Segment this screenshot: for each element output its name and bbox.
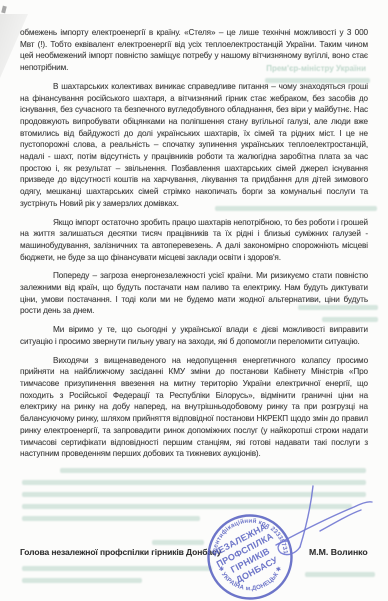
handwritten-signature [0, 0, 388, 601]
letter-page: Прем'єр-міністру України обмежень імпорт… [0, 0, 388, 601]
